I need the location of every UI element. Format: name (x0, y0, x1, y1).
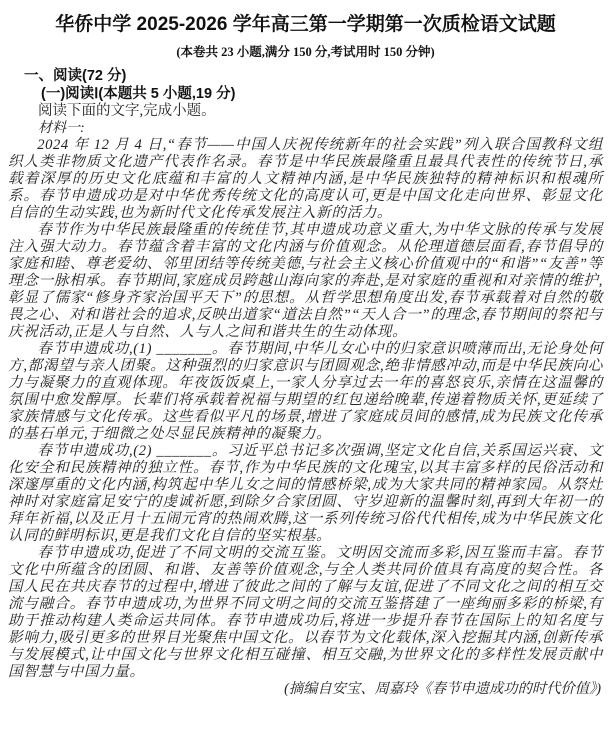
material-paragraph-2: 春节作为中华民族最隆重的传统佳节,其申遗成功意义重大,为中华文脉的传承与发展注入… (8, 222, 603, 341)
exam-paper-page: { "doc": { "title": "华侨中学 2025-2026 学年高三… (0, 0, 612, 743)
section-reading-heading: 一、阅读(72 分) (24, 67, 603, 85)
material-paragraph-3: 春节申遗成功,(1) _______。春节期间,中华儿女心中的归家意识喷薄而出,… (8, 341, 603, 443)
material-1-label: 材料一: (38, 120, 603, 137)
source-attribution: (摘编自安宝、周嘉玲《春节申遗成功的时代价值》) (8, 681, 603, 698)
page-title: 华侨中学 2025-2026 学年高三第一学期第一次质检语文试题 (8, 13, 603, 37)
material-paragraph-1: 2024 年 12 月 4 日,“春节——中国人庆祝传统新年的社会实践”列入联合… (8, 137, 603, 222)
reading-instruction: 阅读下面的文字,完成小题。 (38, 103, 603, 120)
material-paragraph-5: 春节申遗成功,促进了不同文明的交流互鉴。文明因交流而多彩,因互鉴而丰富。春节文化… (8, 545, 603, 681)
subsection-reading-1-heading: (一)阅读Ⅰ(本题共 5 小题,19 分) (41, 85, 603, 103)
exam-info: (本卷共 23 小题,满分 150 分,考试用时 150 分钟) (8, 44, 603, 60)
material-paragraph-4: 春节申遗成功,(2) _______。习近平总书记多次强调,坚定文化自信,关系国… (8, 443, 603, 545)
